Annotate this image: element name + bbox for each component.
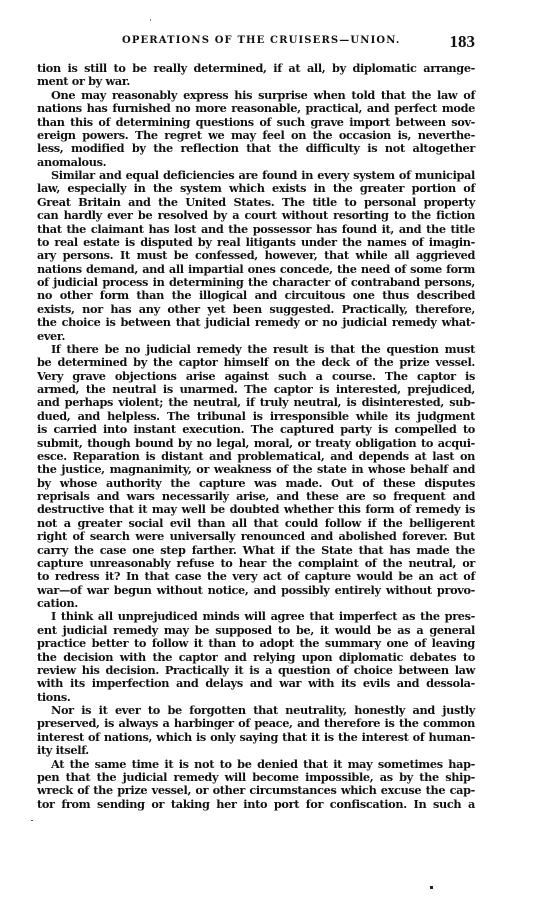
- text-line: with its imperfection and delays and war…: [37, 677, 475, 690]
- text-line: esce. Reparation is distant and problema…: [37, 450, 475, 463]
- text-line: nations demand, and all impartial ones c…: [37, 263, 475, 276]
- text-line: ment or by war.: [37, 75, 475, 88]
- text-line: review his decision. Practically it is a…: [37, 664, 475, 677]
- text-line: nations has furnished no more reasonable…: [37, 102, 475, 115]
- text-line: that the claimant has lost and the posse…: [37, 223, 475, 236]
- text-line: less, modified by the reflection that th…: [37, 142, 475, 155]
- scan-speck: [31, 820, 33, 821]
- paragraph: At the same time it is not to be denied …: [37, 758, 475, 812]
- text-line: cation.: [37, 597, 475, 610]
- text-line: law, especially in the system which exis…: [37, 182, 475, 195]
- text-line: can hardly ever be resolved by a court w…: [37, 209, 475, 222]
- text-line: Nor is it ever to be forgotten that neut…: [37, 704, 475, 717]
- text-line: practice better to follow it than to ado…: [37, 637, 475, 650]
- text-line: the decision with the captor and relying…: [37, 651, 475, 664]
- text-line: tion is still to be really determined, i…: [37, 62, 475, 75]
- text-line: capture unreasonably refuse to hear the …: [37, 557, 475, 570]
- text-line: I think all unprejudiced minds will agre…: [37, 610, 475, 623]
- text-line: right of search were universally renounc…: [37, 530, 475, 543]
- text-line: At the same time it is not to be denied …: [37, 758, 475, 771]
- text-line: tor from sending or taking her into port…: [37, 798, 475, 811]
- text-line: and perhaps violent; the neutral, if tru…: [37, 396, 475, 409]
- text-line: preserved, is always a harbinger of peac…: [37, 717, 475, 730]
- paragraph: Nor is it ever to be forgotten that neut…: [37, 704, 475, 758]
- paragraph: tion is still to be really determined, i…: [37, 62, 475, 89]
- text-line: If there be no judicial remedy the resul…: [37, 343, 475, 356]
- text-line: Great Britain and the United States. The…: [37, 196, 475, 209]
- text-line: to real estate is disputed by real litig…: [37, 236, 475, 249]
- scan-speck: [150, 19, 151, 21]
- text-line: ary persons. It must be confessed, howev…: [37, 249, 475, 262]
- text-line: of judicial process in determining the c…: [37, 276, 475, 289]
- paragraph: If there be no judicial remedy the resul…: [37, 343, 475, 611]
- running-head-title: OPERATIONS OF THE CRUISERS—UNION.: [122, 35, 401, 46]
- body-text: tion is still to be really determined, i…: [37, 62, 475, 811]
- text-line: One may reasonably express his surprise …: [37, 89, 475, 102]
- text-line: reprisals and wars necessarily arise, an…: [37, 490, 475, 503]
- text-line: not a greater social evil than all that …: [37, 517, 475, 530]
- text-line: ereign powers. The regret we may feel on…: [37, 129, 475, 142]
- text-line: submit, though bound by no legal, moral,…: [37, 437, 475, 450]
- text-line: be determined by the captor himself on t…: [37, 356, 475, 369]
- text-line: exists, nor has any other yet been sugge…: [37, 303, 475, 316]
- text-line: to redress it? In that case the very act…: [37, 570, 475, 583]
- text-line: by whose authority the capture was made.…: [37, 477, 475, 490]
- text-line: Very grave objections arise against such…: [37, 370, 475, 383]
- text-line: interest of nations, which is only sayin…: [37, 731, 475, 744]
- text-line: dued, and helpless. The tribunal is irre…: [37, 410, 475, 423]
- text-line: ity itself.: [37, 744, 475, 757]
- text-line: armed, the neutral is unarmed. The capto…: [37, 383, 475, 396]
- text-line: the justice, magnanimity, or weakness of…: [37, 463, 475, 476]
- running-head: OPERATIONS OF THE CRUISERS—UNION. 183: [37, 33, 475, 51]
- text-line: Similar and equal deficiencies are found…: [37, 169, 475, 182]
- book-page: OPERATIONS OF THE CRUISERS—UNION. 183 ti…: [0, 0, 544, 900]
- text-line: wreck of the prize vessel, or other circ…: [37, 784, 475, 797]
- text-line: ever.: [37, 330, 475, 343]
- text-line: no other form than the illogical and cir…: [37, 289, 475, 302]
- paragraph: Similar and equal deficiencies are found…: [37, 169, 475, 343]
- paragraph: One may reasonably express his surprise …: [37, 89, 475, 169]
- scan-speck: [430, 886, 433, 889]
- text-line: the choice is between that judicial reme…: [37, 316, 475, 329]
- text-line: war—of war begun without notice, and pos…: [37, 584, 475, 597]
- text-line: anomalous.: [37, 156, 475, 169]
- text-line: is carried into instant execution. The c…: [37, 423, 475, 436]
- page-number: 183: [450, 32, 476, 52]
- paragraph: I think all unprejudiced minds will agre…: [37, 610, 475, 704]
- text-line: tions.: [37, 691, 475, 704]
- text-line: than this of determining questions of su…: [37, 116, 475, 129]
- text-line: pen that the judicial remedy will become…: [37, 771, 475, 784]
- text-line: destructive that it may well be doubted …: [37, 503, 475, 516]
- text-line: carry the case one step farther. What if…: [37, 544, 475, 557]
- text-line: ent judicial remedy may be supposed to b…: [37, 624, 475, 637]
